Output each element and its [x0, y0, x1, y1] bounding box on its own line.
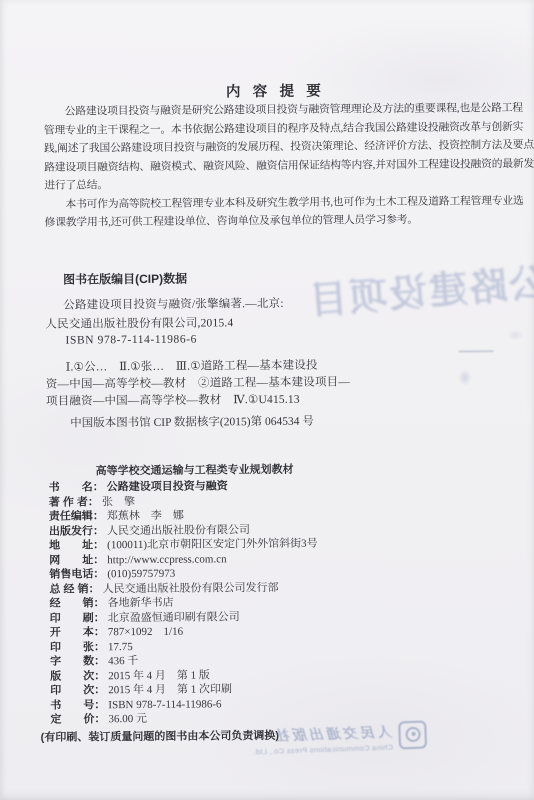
content-summary-body: 公路建设项目投资与融资是研究公路建设项目投资与融资管理理论及方法的重要课程,也是…: [44, 99, 519, 232]
quality-exchange-note: (有印刷、装订质量问题的图书由本公司负责调换): [41, 727, 279, 745]
cip-publisher-line: 人民交通出版社股份有限公司,2015.4: [45, 314, 233, 331]
cip-classification-line: 资—中国—高等学校—教材 ②道路工程—基本建设项目—: [46, 373, 350, 391]
cip-heading: 图书在版编目(CIP)数据: [63, 270, 187, 288]
cip-title-line: 公路建设项目投资与融资/张擎编著.—北京:: [63, 295, 284, 313]
colophon-label: 网 址：: [49, 554, 104, 566]
colophon-value: 张 擎: [102, 496, 135, 508]
colophon-value: 2015 年 4 月 第 1 版: [108, 669, 210, 682]
colophon-value: 各地新华书店: [108, 597, 174, 610]
bleed-through-mirrored-title: 公路建设项目: [305, 252, 534, 325]
colophon-value: 公路建设项目投资与融资: [107, 480, 228, 493]
colophon-value: 787×1092 1/16: [108, 626, 183, 639]
colophon-label: 开 本：: [50, 626, 105, 638]
book-series-title: 高等学校交通运输与工程类专业规划教材: [95, 461, 293, 479]
colophon-value: (010)59757973: [107, 568, 175, 581]
colophon-value: 人民交通出版社股份有限公司: [107, 524, 250, 537]
colophon-label: 字 数：: [50, 655, 105, 667]
colophon-list: 书 名：公路建设项目投资与融资 著 作 者：张 擎 责任编辑：郑蕉林 李 娜 出…: [49, 477, 511, 727]
bleed-through-publisher-logo: 人民交通出版社 China Communications Press Co., …: [252, 720, 427, 756]
scan-smudge: [504, 328, 526, 342]
cip-isbn-line: ISBN 978-7-114-11986-6: [65, 334, 197, 347]
cip-classification-line: Ⅰ.①公… Ⅱ.①张… Ⅲ.①道路工程—基本建设投: [66, 357, 318, 375]
cip-record-number-line: 中国版本图书馆 CIP 数据核字(2015)第 064534 号: [70, 413, 314, 431]
summary-paragraph-line: 路建设项目融资结构、融资模式、融资风险、融资信用保证结构等内容,并对国外工程建设…: [44, 155, 518, 177]
colophon-value: http://www.ccpress.com.cn: [107, 553, 226, 566]
colophon-value: ISBN 978-7-114-11986-6: [108, 698, 221, 711]
colophon-label: 定 价：: [50, 713, 105, 725]
colophon-label: 地 址：: [49, 539, 104, 551]
bleed-publisher-text-column: 人民交通出版社 China Communications Press Co., …: [252, 722, 393, 757]
scan-smudge: [459, 350, 494, 352]
colophon-label: 总 经 销：: [49, 583, 99, 595]
colophon-value: 2015 年 4 月 第 1 次印刷: [108, 683, 232, 696]
colophon-label: 版 次：: [50, 670, 105, 682]
summary-paragraph-line: 本书可作为高等院校工程管理专业本科及研究生教学用书,也可作为土木工程及道路工程管…: [44, 192, 518, 214]
colophon-label: 出版发行：: [49, 525, 104, 537]
colophon-label: 印 次：: [50, 684, 105, 696]
colophon-value: 436 千: [108, 655, 138, 667]
colophon-label: 销售电话：: [49, 568, 104, 580]
colophon-label: 责任编辑：: [49, 510, 104, 522]
scan-tilt-wrapper: 内容提要 公路建设项目投资与融资是研究公路建设项目投资与融资管理理论及方法的重要…: [0, 0, 534, 800]
colophon-label: 著 作 者：: [49, 496, 99, 508]
colophon-label: 印 张：: [50, 641, 105, 653]
colophon-value: 郑蕉林 李 娜: [107, 510, 184, 523]
colophon-value: (100011)北京市朝阳区安定门外外馆斜街3号: [107, 538, 318, 552]
colophon-label: 书 号：: [50, 699, 105, 711]
colophon-label: 书 名：: [49, 481, 104, 493]
colophon-label: 印 刷：: [50, 612, 105, 624]
cip-classification-line: 项目融资—中国—高等学校—教材 Ⅳ.①U415.13: [46, 391, 300, 409]
publisher-emblem-icon: [398, 720, 427, 749]
book-copyright-page: 内容提要 公路建设项目投资与融资是研究公路建设项目投资与融资管理理论及方法的重要…: [0, 0, 534, 800]
summary-paragraph-line: 修课教学用书,还可供工程建设单位、咨询单位及承包单位的管理人员学习参考。: [45, 210, 519, 232]
colophon-value: 人民交通出版社股份有限公司发行部: [103, 581, 279, 594]
colophon-value: 17.75: [108, 641, 133, 653]
colophon-label: 经 销：: [50, 597, 105, 609]
colophon-value: 北京盈盛恒通印刷有限公司: [108, 611, 240, 624]
scan-smudge: [456, 366, 474, 388]
colophon-value: 36.00 元: [108, 713, 147, 725]
